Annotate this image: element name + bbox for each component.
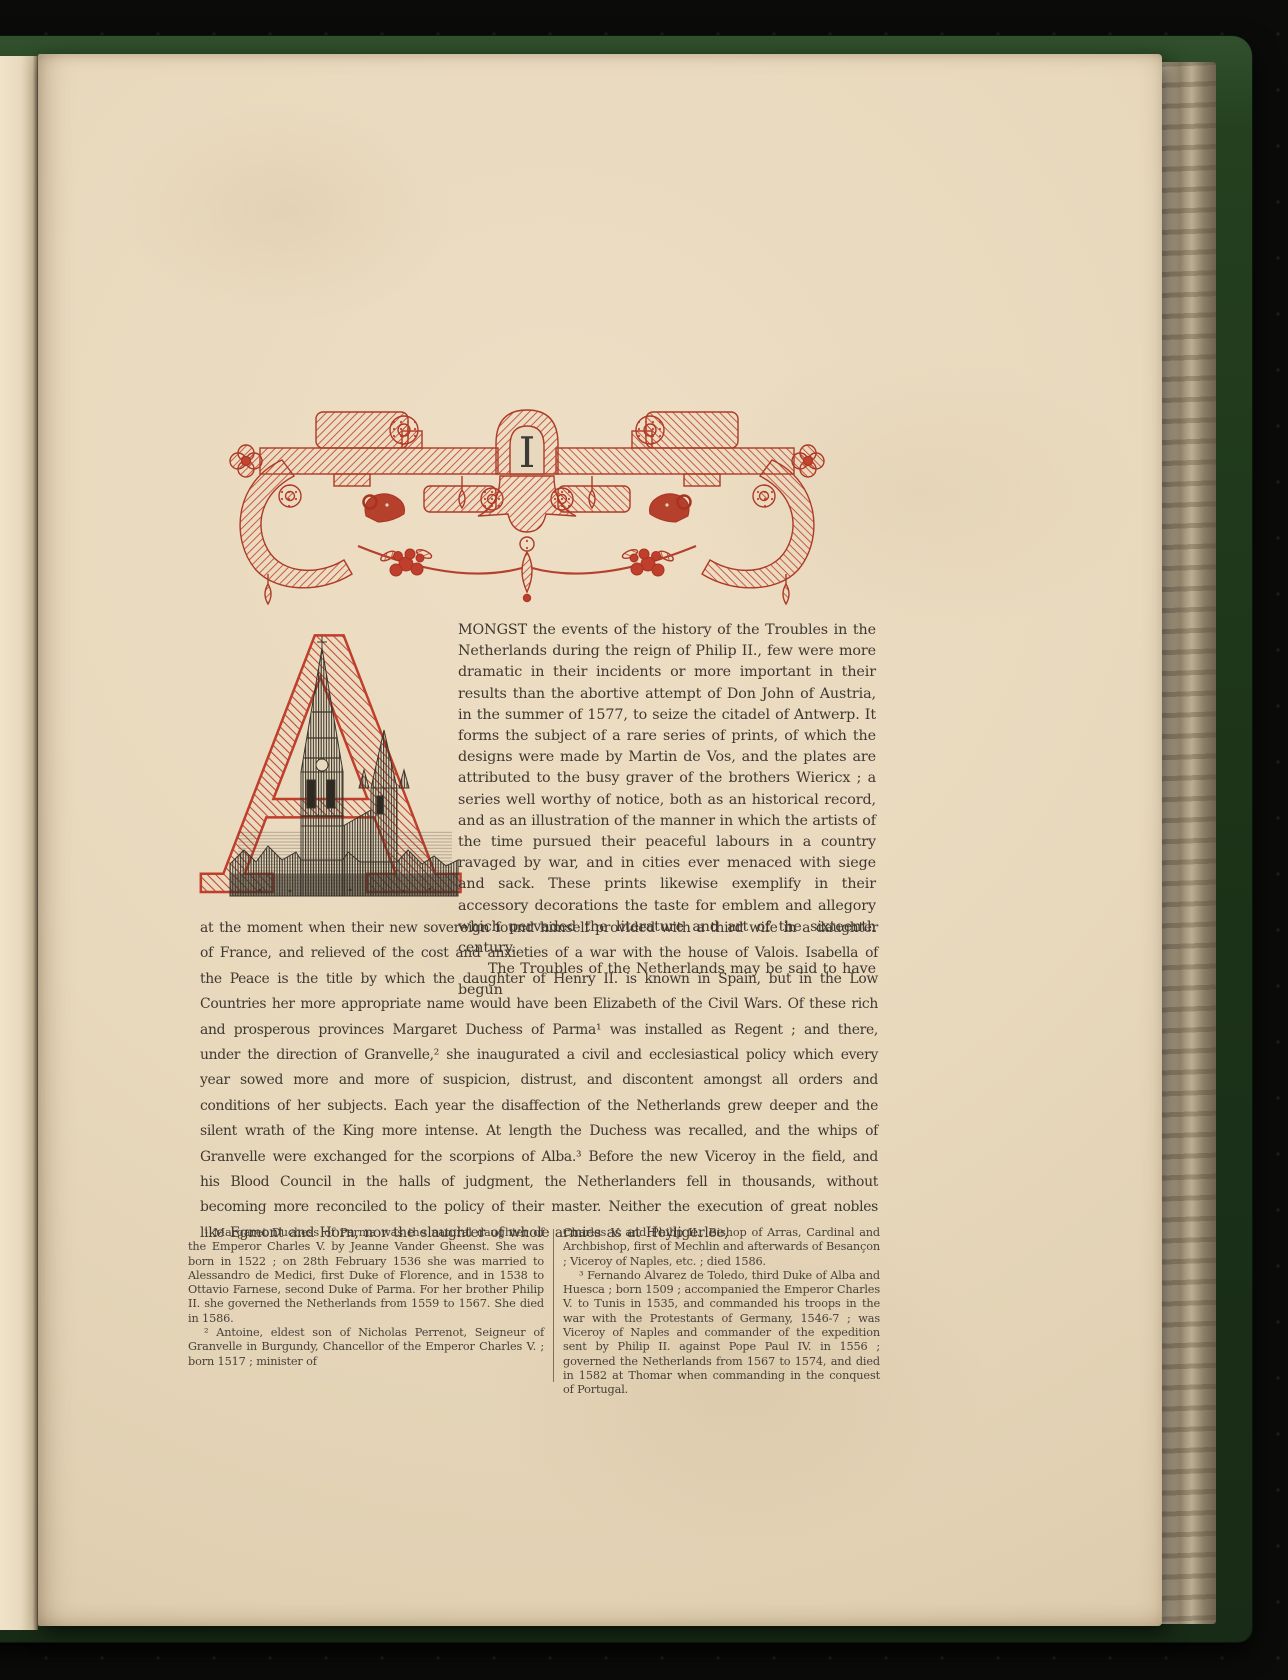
second-paragraph-body: at the moment when their new sovereign f…: [200, 916, 878, 1246]
footnote-column-right: Charles V. and Philip II., Bishop of Arr…: [563, 1226, 880, 1398]
footnote-1: ¹ Margaret Duchess of Parma was the natu…: [188, 1226, 544, 1326]
illuminated-initial: A: [198, 620, 462, 900]
footnote-2-start: ² Antoine, eldest son of Nicholas Perren…: [188, 1326, 544, 1369]
book-scan: I A: [0, 0, 1288, 1680]
ram-head-motif: [364, 494, 405, 522]
footnote-column-left: ¹ Margaret Duchess of Parma was the natu…: [188, 1226, 544, 1398]
lead-paragraph: MONGST the events of the history of the …: [458, 620, 876, 959]
footnote-section: ¹ Margaret Duchess of Parma was the natu…: [188, 1226, 880, 1398]
footnote-2-continuation: Charles V. and Philip II., Bishop of Arr…: [563, 1226, 880, 1269]
footnote-divider: [553, 1229, 554, 1382]
footnote-3: ³ Fernando Alvarez de Toledo, third Duke…: [563, 1269, 880, 1398]
facing-page-edge: [0, 56, 38, 1630]
page-fore-edge: [1158, 62, 1216, 1624]
second-paragraph-block: at the moment when their new sovereign f…: [200, 916, 878, 1246]
book-page: I A: [38, 54, 1162, 1626]
drop-cap-initial: A: [198, 620, 462, 900]
chapter-numeral: I: [519, 428, 536, 477]
